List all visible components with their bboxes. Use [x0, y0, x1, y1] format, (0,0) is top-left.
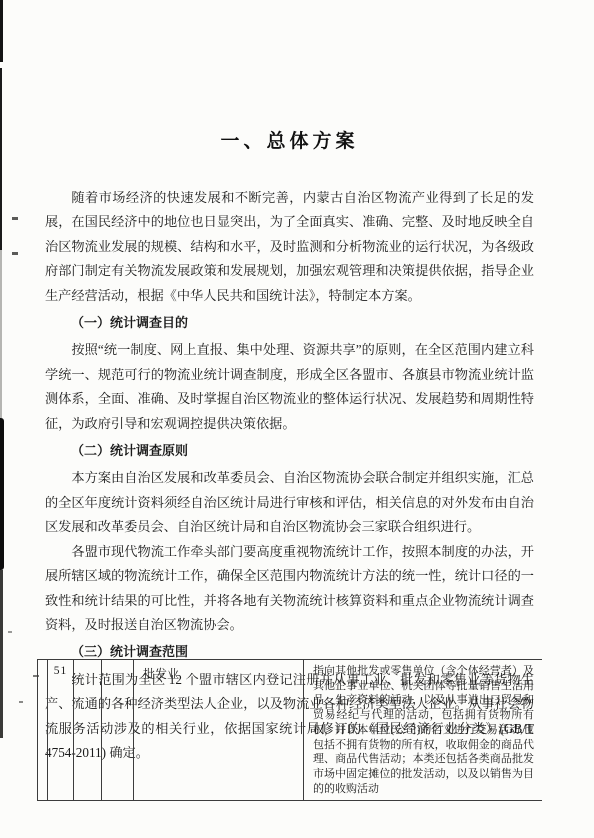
industry-name-cell: 批发业 — [134, 660, 304, 801]
document-content: 一、总体方案 随着市场经济的快速发展和不断完善，内蒙古自治区物流产业得到了长足的… — [45, 0, 534, 765]
section-2-paragraph-2: 各盟市现代物流工作牵头部门要高度重视物流统计工作，按照本制度的办法，开展所辖区域… — [45, 540, 534, 638]
section-1-paragraph-1: 按照“统一制度、网上直报、集中处理、资源共享”的原则，在全区范围内建立科学统一、… — [45, 338, 534, 436]
industry-classification-table: 51 批发业 指向其他批发或零售单位（含个体经营者）及其他企事业单位、机关团体等… — [37, 659, 542, 801]
spacer-cell — [38, 660, 48, 801]
scan-binding-shadow — [0, 0, 3, 62]
scan-speck — [19, 701, 23, 703]
classification-table-row: 51 批发业 指向其他批发或零售单位（含个体经营者）及其他企事业单位、机关团体等… — [38, 660, 543, 801]
scan-speck — [8, 631, 12, 633]
empty-cell-1 — [74, 660, 102, 801]
scan-binding-shadow — [0, 250, 2, 418]
scanned-document-page: 一、总体方案 随着市场经济的快速发展和不断完善，内蒙古自治区物流产业得到了长足的… — [0, 0, 594, 838]
scan-binding-shadow — [0, 68, 2, 250]
scan-speck — [12, 217, 18, 220]
section-2-heading: （二）统计调查原则 — [45, 439, 534, 463]
intro-paragraph: 随着市场经济的快速发展和不断完善，内蒙古自治区物流产业得到了长足的发展，在国民经… — [45, 186, 534, 308]
page-title: 一、总体方案 — [45, 126, 534, 153]
industry-description-cell: 指向其他批发或零售单位（含个体经营者）及其他企事业单位、机关团体等批量销售生活用… — [304, 660, 543, 801]
scan-speck — [12, 252, 18, 255]
industry-code-cell: 51 — [48, 660, 74, 801]
scan-binding-shadow — [0, 418, 4, 570]
section-1-heading: （一）统计调查目的 — [45, 311, 534, 335]
section-2-paragraph-1: 本方案由自治区发展和改革委员会、自治区物流协会联合制定并组织实施，汇总的全区年度… — [45, 466, 534, 539]
empty-cell-2 — [102, 660, 134, 801]
scan-binding-shadow — [0, 570, 3, 738]
